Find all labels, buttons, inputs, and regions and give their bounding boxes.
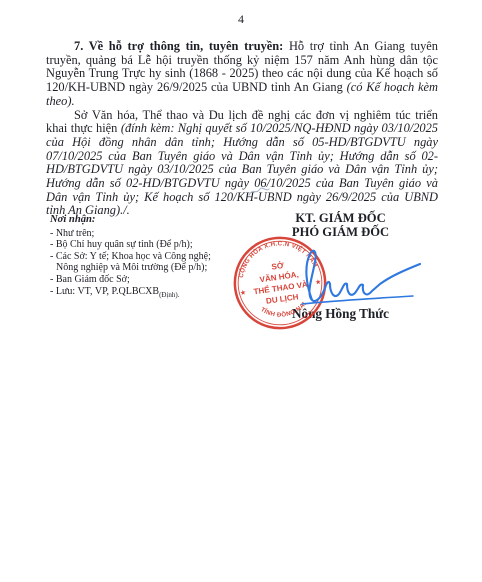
seal-center-line: SỞ	[271, 261, 284, 272]
recipient-line: - Như trên;	[50, 228, 265, 240]
attachment-list: (đính kèm: Nghị quyết số 10/2025/NQ-HĐND…	[46, 121, 438, 217]
paragraph-heading: 7. Về hỗ trợ thông tin, tuyên truyền:	[74, 39, 283, 53]
document-body: 7. Về hỗ trợ thông tin, tuyên truyền: Hỗ…	[46, 40, 438, 218]
archive-text: - Lưu: VT, VP, P.QLBCXB	[50, 286, 159, 297]
signature-title-kt: KT. GIÁM ĐỐC	[253, 211, 428, 225]
archive-subscript: (Định).	[159, 291, 179, 299]
paragraph-implementation: Sở Văn hóa, Thể thao và Du lịch đề nghị …	[46, 109, 438, 219]
paragraph-support-info: 7. Về hỗ trợ thông tin, tuyên truyền: Hỗ…	[46, 40, 438, 109]
recipients-heading: Nơi nhận:	[50, 214, 265, 226]
handwritten-signature	[290, 240, 472, 318]
document-page: 4 7. Về hỗ trợ thông tin, tuyên truyền: …	[0, 0, 482, 582]
page-number: 4	[0, 12, 482, 27]
star-icon: ★	[240, 289, 247, 297]
initials-mark	[247, 185, 271, 198]
